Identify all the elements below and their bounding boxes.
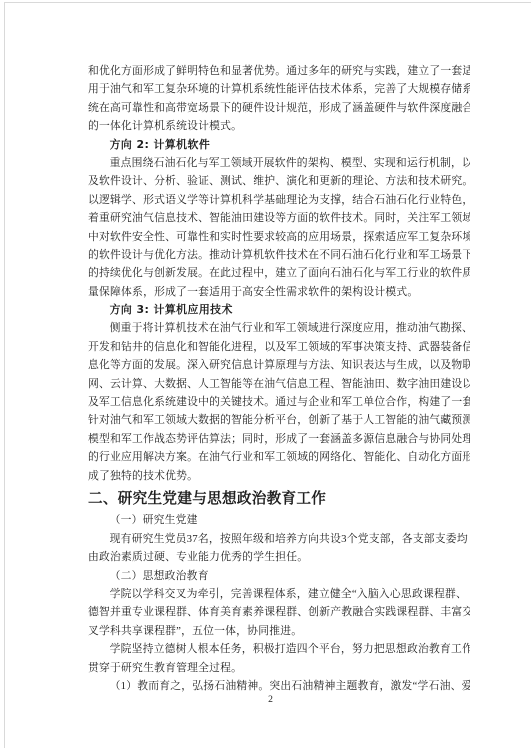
text-line: 针对油气和军工领域大数据的智能分析平台，创新了基于人工智能的油气藏预测 [88,411,470,429]
text-line: 息化等方面的发展。深入研究信息计算原理与方法、知识表达与生成，以及物联 [88,356,470,374]
text-line: （二）思想政治教育 [88,567,470,585]
subsection-heading: 方向 3: 计算机应用技术 [88,301,470,319]
section-heading: 二、研究生党建与思想政治教育工作 [88,488,470,511]
text-line: 和优化方面形成了鲜明特色和显著优势。通过多年的研究与实践，建立了一套适 [88,62,470,80]
text-line: 及军工信息化系统建设中的关键技术。通过与企业和军工单位合作，构建了一套 [88,393,470,411]
text-line: 的持续优化与创新发展。在此过程中，建立了面向石油石化与军工行业的软件质 [88,264,470,282]
text-line: 网、云计算、大数据、人工智能等在油气信息工程、智能油田、数字油田建设以 [88,375,470,393]
text-line: 侧重于将计算机技术在油气行业和军工领域进行深度应用，推动油气勘探、 [88,319,470,337]
text-line: 德智并重专业课程群、体育美育素养课程群、创新产教融合实践课程群、丰富交 [88,603,470,621]
text-line: 贯穿于研究生教育管理全过程。 [88,659,470,677]
text-line: 现有研究生党员37名，按照年级和培养方向共设3个党支部，各支部支委均 [88,530,470,548]
text-line: 由政治素质过硬、专业能力优秀的学生担任。 [88,548,470,566]
text-line: 统在高可靠性和高带宽场景下的硬件设计规范，形成了涵盖硬件与软件深度融合 [88,99,470,117]
text-line: 学院坚持立德树人根本任务，积极打造四个平台，努力把思想政治教育工作 [88,640,470,658]
text-line: （一）研究生党建 [88,511,470,529]
text-line: 中对软件安全性、可靠性和实时性要求较高的应用场景，探索适应军工复杂环境 [88,228,470,246]
text-line: 叉学科共享课程群”，五位一体，协同推进。 [88,622,470,640]
page-number: 2 [5,694,531,705]
text-line: 的软件设计与优化方法。推动计算机软件技术在不同石油石化行业和军工场景下 [88,246,470,264]
document-page: 和优化方面形成了鲜明特色和显著优势。通过多年的研究与实践，建立了一套适用于油气和… [4,2,531,748]
text-line: 成了独特的技术优势。 [88,467,470,485]
subsection-heading: 方向 2: 计算机软件 [88,136,470,154]
page-text-content: 和优化方面形成了鲜明特色和显著优势。通过多年的研究与实践，建立了一套适用于油气和… [88,62,470,695]
text-line: 的一体化计算机系统设计模式。 [88,117,470,135]
text-line: 模型和军工作战态势评估算法；同时，形成了一套涵盖多源信息融合与协同处理 [88,430,470,448]
text-line: 着重研究油气信息技术、智能油田建设等方面的软件技术。同时，关注军工领域 [88,209,470,227]
text-line: 开发和钻井的信息化和智能化进程，以及军工领域的军事决策支持、武器装备信 [88,338,470,356]
text-line: 用于油气和军工复杂环境的计算机系统性能评估技术体系，完善了大规模存储系 [88,80,470,98]
text-line: 的行业应用解决方案。在油气行业和军工领域的网络化、智能化、自动化方面形 [88,448,470,466]
text-line: 量保障体系，形成了一套适用于高安全性需求软件的架构设计模式。 [88,283,470,301]
text-line: 学院以学科交叉为牵引，完善课程体系，建立健全“入脑入心思政课程群、 [88,585,470,603]
text-line: （1）教而育之，弘扬石油精神。突出石油精神主题教育，激发“学石油、爱 [88,677,470,695]
text-line: 重点围绕石油石化与军工领域开展软件的架构、模型、实现和运行机制，以 [88,154,470,172]
text-line: 及软件设计、分析、验证、测试、维护、演化和更新的理论、方法和技术研究。 [88,172,470,190]
text-line: 以逻辑学、形式语义学等计算机科学基础理论为支撑，结合石油石化行业特色， [88,191,470,209]
